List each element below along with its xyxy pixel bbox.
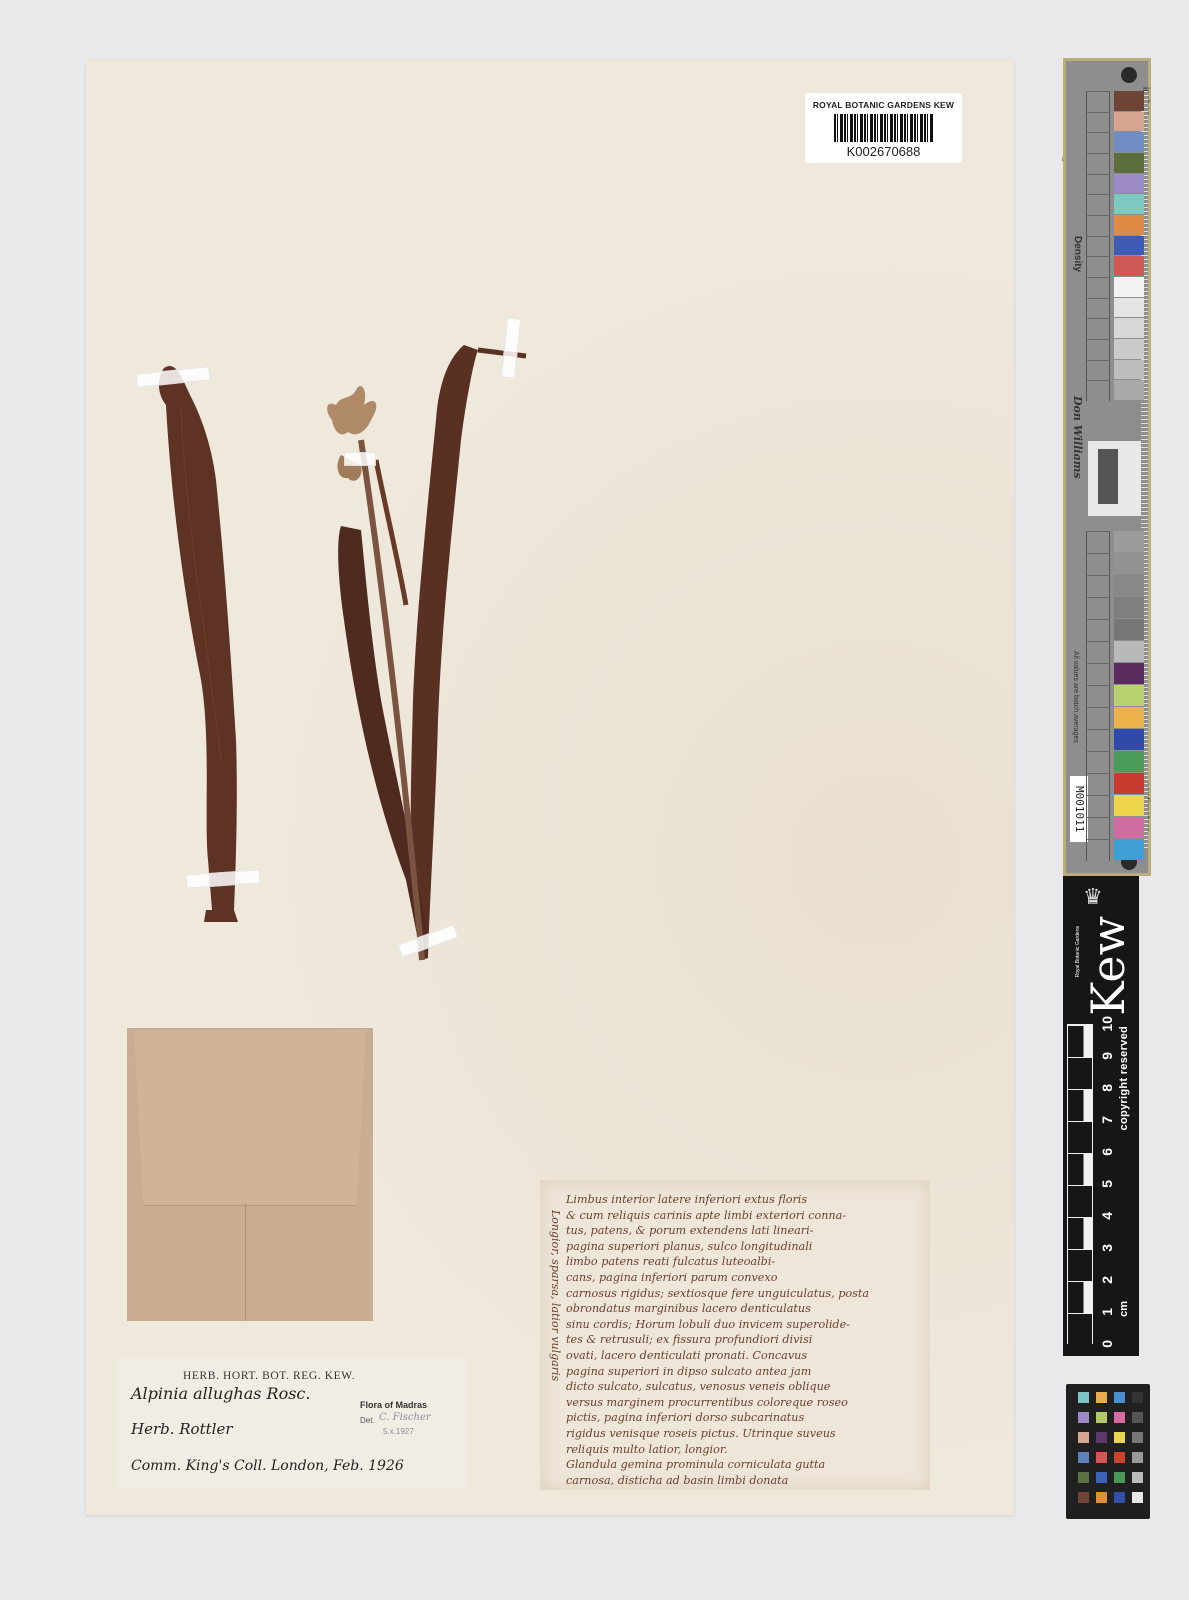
patch-values — [1086, 553, 1110, 575]
barcode-label: ROYAL BOTANIC GARDENS KEW K002670688 — [805, 93, 962, 163]
color-patch — [1114, 707, 1144, 728]
checker-swatch — [1078, 1392, 1089, 1403]
taxon-name: Alpinia allughas Rosc. — [131, 1384, 310, 1403]
color-patch — [1114, 839, 1144, 860]
note-line: sinu cordis; Horum lobuli duo invicem su… — [566, 1317, 921, 1333]
patch-values — [1086, 729, 1110, 751]
checker-swatch — [1114, 1492, 1125, 1503]
checker-swatch — [1078, 1472, 1089, 1483]
checker-swatch — [1114, 1392, 1125, 1403]
density-label: Density — [1072, 236, 1083, 272]
patch-values — [1086, 641, 1110, 663]
checker-swatch — [1096, 1392, 1107, 1403]
color-patch — [1114, 685, 1144, 706]
color-patch — [1114, 298, 1144, 318]
checker-swatch — [1114, 1452, 1125, 1463]
color-patch — [1114, 641, 1144, 662]
color-patch — [1114, 339, 1144, 359]
checker-swatch — [1096, 1492, 1107, 1503]
patch-values — [1086, 132, 1110, 153]
communicated-by: Comm. King's Coll. London, Feb. 1926 — [131, 1458, 404, 1474]
color-patch — [1114, 729, 1144, 750]
checker-swatch — [1096, 1452, 1107, 1463]
patch-values — [1086, 91, 1110, 112]
note-line: pagina superiori in dipso sulcato antea … — [566, 1364, 921, 1380]
patch-values — [1086, 707, 1110, 729]
cm-segment — [1068, 1313, 1092, 1346]
determination-date: 5.x.1927 — [383, 1427, 414, 1436]
label-header: HERB. HORT. BOT. REG. KEW. — [183, 1370, 355, 1382]
packet-fold — [245, 1203, 246, 1321]
color-patch — [1114, 215, 1144, 235]
barcode-bars — [834, 114, 934, 142]
tick-label: 8 — [1099, 1084, 1115, 1092]
cm-segment — [1068, 1153, 1092, 1186]
kew-crest-icon: ♛ — [1083, 884, 1103, 910]
checker-swatch — [1096, 1412, 1107, 1423]
tick-label: 4 — [1099, 1212, 1115, 1220]
color-patch — [1114, 112, 1144, 132]
patch-values — [1086, 215, 1110, 236]
color-patch — [1114, 194, 1144, 214]
tick-label: 10 — [1099, 1016, 1115, 1032]
tick-label: 6 — [1099, 1148, 1115, 1156]
color-patch — [1114, 751, 1144, 772]
patch-values — [1086, 839, 1110, 861]
cm-segment — [1068, 1025, 1092, 1058]
note-margin-text: Longior, sparsa, latior vulgaris — [542, 1210, 562, 1430]
note-line: pictis, pagina inferiori dorso subcarina… — [566, 1410, 921, 1426]
color-patch — [1114, 360, 1144, 380]
color-patch — [1114, 318, 1144, 338]
checker-swatch — [1132, 1392, 1143, 1403]
cm-segment — [1068, 1089, 1092, 1122]
checker-swatch — [1096, 1432, 1107, 1443]
patch-values — [1086, 298, 1110, 319]
color-patch — [1114, 256, 1144, 276]
note-line: pagina superiori planus, sulco longitudi… — [566, 1239, 921, 1255]
color-calibration-chart: inches centimeters Density Don Williams … — [1063, 58, 1151, 876]
checker-swatch — [1078, 1412, 1089, 1423]
cm-segment — [1068, 1217, 1092, 1250]
note-body: Limbus interior latere inferiori extus f… — [566, 1192, 921, 1488]
patch-values — [1086, 685, 1110, 707]
checker-swatch — [1078, 1492, 1089, 1503]
cm-unit-label: cm — [1118, 1301, 1130, 1317]
color-patch — [1114, 597, 1144, 618]
collection-name: Herb. Rottler — [131, 1420, 233, 1438]
color-checker-card — [1066, 1384, 1150, 1519]
color-patch — [1114, 174, 1144, 194]
color-patch — [1114, 153, 1144, 173]
copyright-text: copyright reserved — [1118, 1026, 1130, 1130]
patch-values — [1086, 531, 1110, 553]
patch-values — [1086, 360, 1110, 381]
patch-values — [1086, 663, 1110, 685]
tick-label: 7 — [1099, 1116, 1115, 1124]
note-line: tus, patens, & porum extendens lati line… — [566, 1223, 921, 1239]
cm-scale — [1067, 1024, 1093, 1344]
note-line: dicto sulcato, sulcatus, venosus veneis … — [566, 1379, 921, 1395]
patch-values — [1086, 277, 1110, 298]
checker-swatch — [1132, 1412, 1143, 1423]
note-line: reliquis multo latior, longior. — [566, 1442, 921, 1458]
kew-scale-bar: ♛ Royal Botanic Gardens Kew 10 9 8 7 6 5… — [1063, 876, 1139, 1356]
tick-label: 1 — [1099, 1308, 1115, 1316]
color-patch — [1114, 531, 1144, 552]
note-line: carnosa, disticha ad basin limbi donata — [566, 1473, 921, 1489]
mounting-tape — [344, 452, 376, 466]
color-patch — [1114, 91, 1144, 111]
note-line: Glandula gemina prominula corniculata gu… — [566, 1457, 921, 1473]
color-patch — [1114, 817, 1144, 838]
tick-label: 5 — [1099, 1180, 1115, 1188]
patch-values — [1086, 194, 1110, 215]
barcode-number: K002670688 — [805, 144, 962, 159]
color-patch — [1114, 132, 1144, 152]
note-line: versus marginem procurrentibus coloreque… — [566, 1395, 921, 1411]
cm-segment — [1068, 1185, 1092, 1218]
note-line: carnosus rigidus; sextiosque fere unguic… — [566, 1286, 921, 1302]
patch-values — [1086, 597, 1110, 619]
brand-label: Don Williams — [1071, 396, 1084, 479]
patch-values — [1086, 174, 1110, 195]
det-prefix: Det. — [360, 1416, 375, 1425]
herbarium-label: HERB. HORT. BOT. REG. KEW. Alpinia allug… — [117, 1358, 467, 1488]
checker-swatch — [1078, 1432, 1089, 1443]
tick-label: 9 — [1099, 1052, 1115, 1060]
kew-logo: Kew — [1085, 916, 1131, 1016]
color-patch — [1114, 663, 1144, 684]
tick-label: 3 — [1099, 1244, 1115, 1252]
patch-values — [1086, 575, 1110, 597]
color-patch — [1114, 380, 1144, 400]
note-line: rigidus venisque roseis pictus. Utrinque… — [566, 1426, 921, 1442]
checker-swatch — [1132, 1432, 1143, 1443]
cm-segment — [1068, 1249, 1092, 1282]
note-line: obrondatus marginibus lacero denticulatu… — [566, 1301, 921, 1317]
cm-segment — [1068, 1281, 1092, 1314]
checker-swatch — [1078, 1452, 1089, 1463]
note-line: ovati, lacero denticulati pronati. Conca… — [566, 1348, 921, 1364]
chart-hole — [1121, 67, 1137, 83]
patch-values — [1086, 318, 1110, 339]
checker-swatch — [1132, 1472, 1143, 1483]
color-patch — [1114, 236, 1144, 256]
checker-swatch — [1114, 1432, 1125, 1443]
patch-values — [1086, 236, 1110, 257]
color-patch — [1114, 277, 1144, 297]
batch-note: All values are batch averages — [1072, 651, 1079, 743]
checker-swatch — [1132, 1452, 1143, 1463]
checker-swatch — [1096, 1472, 1107, 1483]
color-patch — [1114, 773, 1144, 794]
patch-values — [1086, 256, 1110, 277]
patch-values — [1086, 773, 1110, 795]
patch-values — [1086, 817, 1110, 839]
note-line: limbo patens reati fulcatus luteoalbi- — [566, 1254, 921, 1270]
checker-swatch — [1114, 1412, 1125, 1423]
color-patch — [1114, 553, 1144, 574]
note-line: & cum reliquis carinis apte limbi exteri… — [566, 1208, 921, 1224]
fragment-packet — [127, 1028, 373, 1321]
tick-label: 0 — [1099, 1340, 1115, 1348]
note-line: tes & retrusuli; ex fissura profundiori … — [566, 1332, 921, 1348]
packet-flap — [134, 1030, 366, 1206]
cm-segment — [1068, 1121, 1092, 1154]
patch-values — [1086, 153, 1110, 174]
color-patch — [1114, 619, 1144, 640]
flora-stamp: Flora of Madras — [360, 1400, 427, 1410]
institution-name: ROYAL BOTANIC GARDENS KEW — [805, 100, 962, 110]
patch-values — [1086, 339, 1110, 360]
color-patch — [1114, 795, 1144, 816]
tick-label: 2 — [1099, 1276, 1115, 1284]
cm-segment — [1068, 1057, 1092, 1090]
patch-values — [1086, 619, 1110, 641]
patch-values — [1086, 795, 1110, 817]
note-line: cans, pagina inferiori parum convexo — [566, 1270, 921, 1286]
determiner-signature: C. Fischer — [379, 1412, 431, 1423]
note-line: Limbus interior latere inferiori extus f… — [566, 1192, 921, 1208]
patch-values — [1086, 380, 1110, 401]
patch-values — [1086, 112, 1110, 133]
patch-values — [1086, 751, 1110, 773]
color-patch — [1114, 575, 1144, 596]
manuscript-note: Longior, sparsa, latior vulgaris Limbus … — [540, 1180, 930, 1490]
checker-swatch — [1114, 1472, 1125, 1483]
chart-inset-scale — [1088, 441, 1146, 516]
checker-swatch — [1132, 1492, 1143, 1503]
